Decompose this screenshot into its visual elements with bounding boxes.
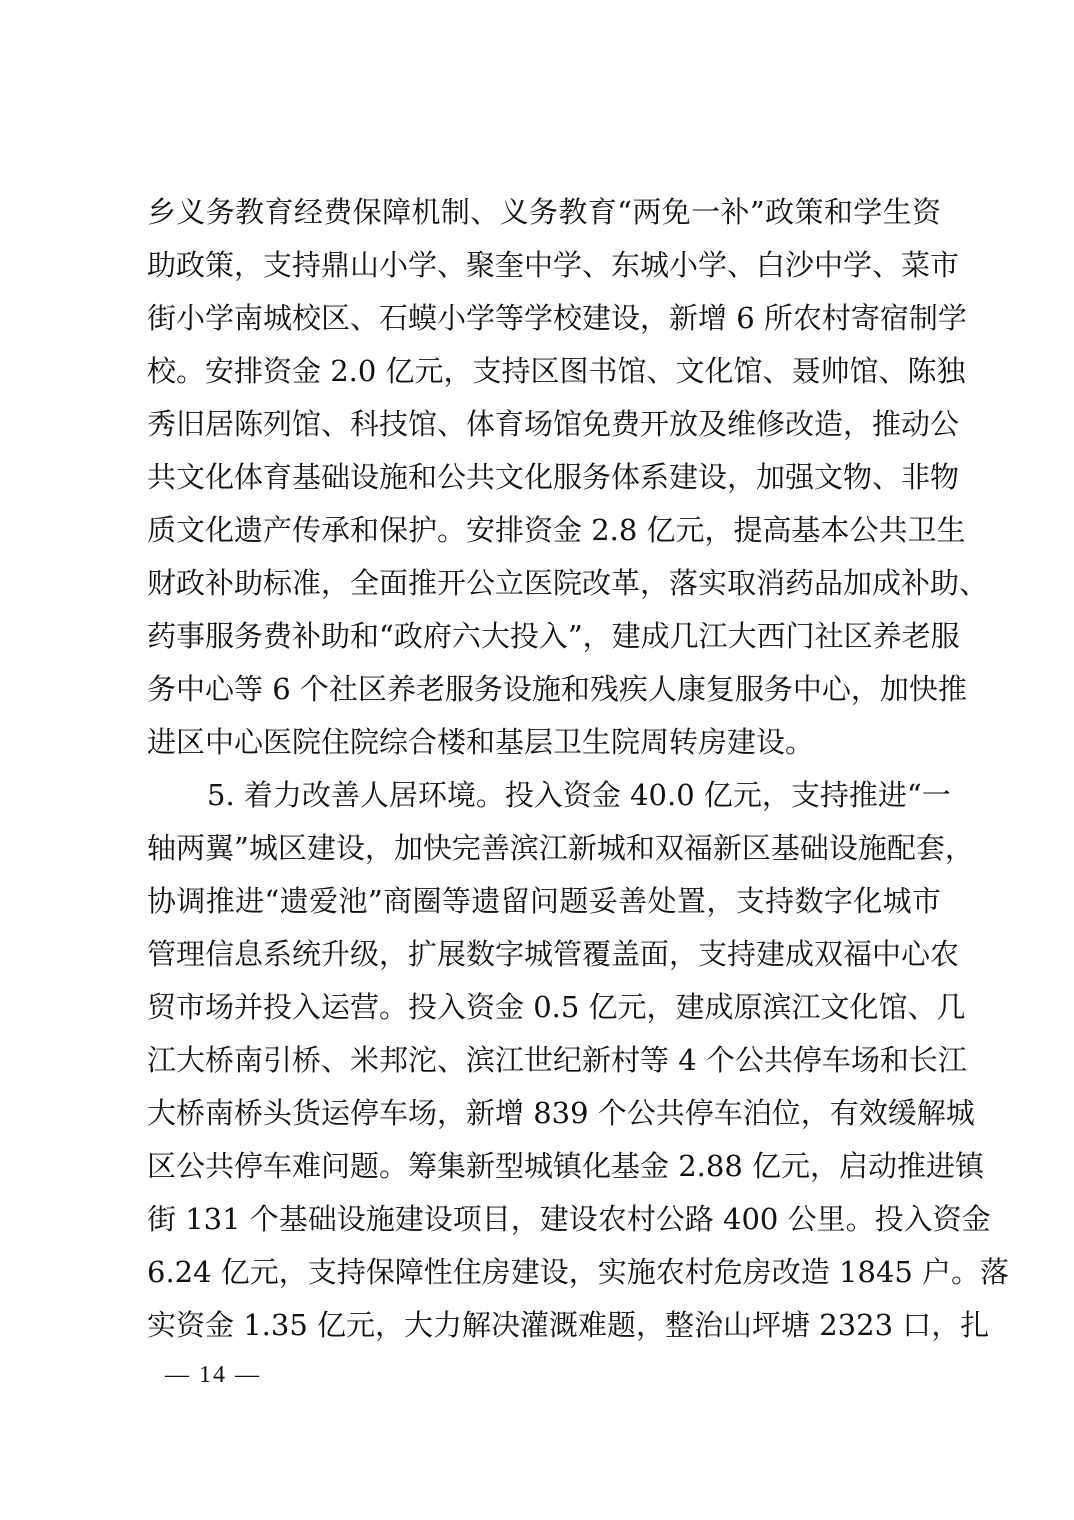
- text-line: 贸市场并投入运营。投入资金 0.5 亿元，建成原滨江文化馆、几: [147, 981, 941, 1034]
- text-line: 江大桥南引桥、米邦沱、滨江世纪新村等 4 个公共停车场和长江: [147, 1034, 941, 1087]
- text-line: 助政策，支持鼎山小学、聚奎中学、东城小学、白沙中学、菜市: [147, 239, 941, 292]
- text-line: 药事服务费补助和“政府六大投入”，建成几江大西门社区养老服: [147, 610, 941, 663]
- body-text: 乡义务教育经费保障机制、义务教育“两免一补”政策和学生资 助政策，支持鼎山小学、…: [147, 186, 941, 1352]
- text-line: 区公共停车难问题。筹集新型城镇化基金 2.88 亿元，启动推进镇: [147, 1140, 941, 1193]
- text-line: 6.24 亿元，支持保障性住房建设，实施农村危房改造 1845 户。落: [147, 1246, 941, 1299]
- text-line: 进区中心医院住院综合楼和基层卫生院周转房建设。: [147, 716, 941, 769]
- document-page: 乡义务教育经费保障机制、义务教育“两免一补”政策和学生资 助政策，支持鼎山小学、…: [0, 0, 1074, 1520]
- text-line: 校。安排资金 2.0 亿元，支持区图书馆、文化馆、聂帅馆、陈独: [147, 345, 941, 398]
- text-line: 秀旧居陈列馆、科技馆、体育场馆免费开放及维修改造，推动公: [147, 398, 941, 451]
- text-line: 协调推进“遗爱池”商圈等遗留问题妥善处置，支持数字化城市: [147, 875, 941, 928]
- text-line: 财政补助标准，全面推开公立医院改革，落实取消药品加成补助、: [147, 557, 941, 610]
- section-heading-line: 5. 着力改善人居环境。投入资金 40.0 亿元，支持推进“一: [147, 769, 941, 822]
- text-line: 管理信息系统升级，扩展数字城管覆盖面，支持建成双福中心农: [147, 928, 941, 981]
- text-line: 大桥南桥头货运停车场，新增 839 个公共停车泊位，有效缓解城: [147, 1087, 941, 1140]
- page-number: — 14 —: [165, 1358, 261, 1392]
- text-line: 质文化遗产传承和保护。安排资金 2.8 亿元，提高基本公共卫生: [147, 504, 941, 557]
- text-line: 乡义务教育经费保障机制、义务教育“两免一补”政策和学生资: [147, 186, 941, 239]
- text-line: 街 131 个基础设施建设项目，建设农村公路 400 公里。投入资金: [147, 1193, 941, 1246]
- text-line: 实资金 1.35 亿元，大力解决灌溉难题，整治山坪塘 2323 口，扎: [147, 1299, 941, 1352]
- text-line: 街小学南城校区、石蟆小学等学校建设，新增 6 所农村寄宿制学: [147, 292, 941, 345]
- paragraph-2: 5. 着力改善人居环境。投入资金 40.0 亿元，支持推进“一 轴两翼”城区建设…: [147, 769, 941, 1352]
- paragraph-1: 乡义务教育经费保障机制、义务教育“两免一补”政策和学生资 助政策，支持鼎山小学、…: [147, 186, 941, 769]
- text-line: 轴两翼”城区建设，加快完善滨江新城和双福新区基础设施配套，: [147, 822, 941, 875]
- text-line: 务中心等 6 个社区养老服务设施和残疾人康复服务中心，加快推: [147, 663, 941, 716]
- text-line: 共文化体育基础设施和公共文化服务体系建设，加强文物、非物: [147, 451, 941, 504]
